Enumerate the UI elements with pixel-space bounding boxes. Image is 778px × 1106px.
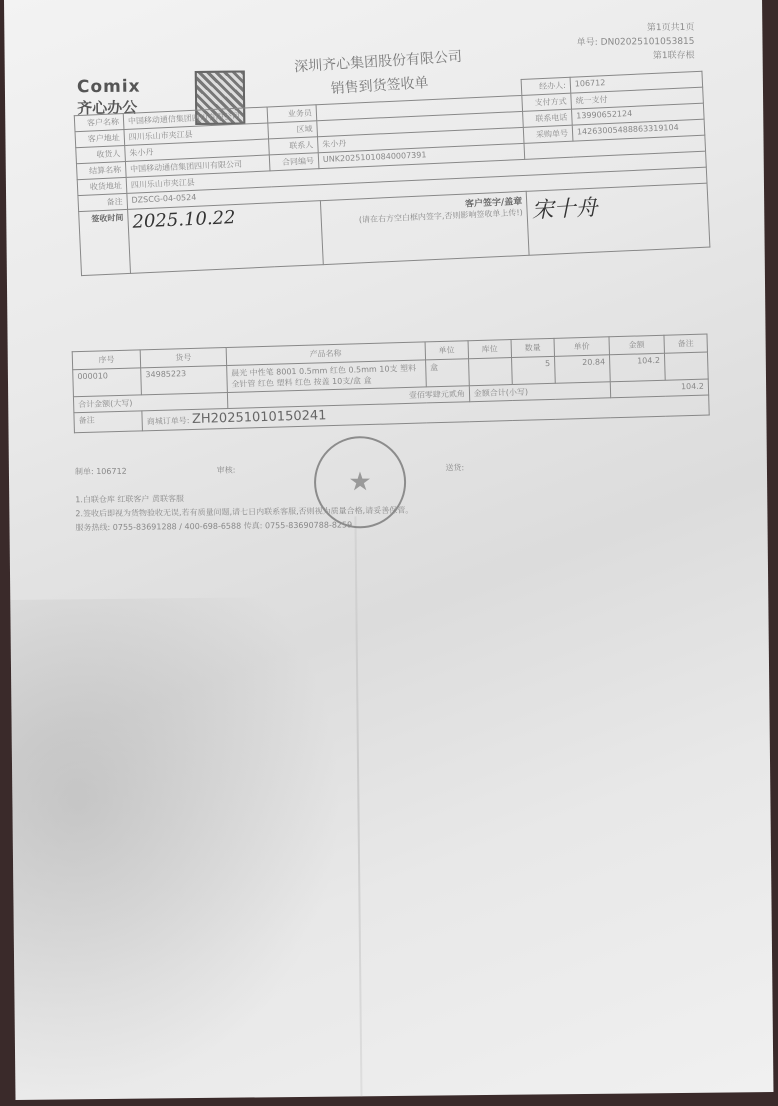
logo-en: Comix — [77, 77, 141, 98]
customer-info-table: 经办人: 106712 客户名称 中国移动通信集团四川有限公司 业务员 支付方式… — [73, 71, 710, 276]
item-price: 20.84 — [554, 355, 610, 384]
item-unit: 盒 — [425, 359, 469, 387]
maker-label: 制单: — [75, 467, 94, 476]
sign-time-label: 签收时间 — [79, 209, 131, 275]
doc-no-label: 单号: — [577, 38, 598, 48]
item-note — [664, 352, 708, 380]
receipt-paper: Comix 齐心办公 深圳齐心集团股份有限公司 销售到货签收单 第1页共1页 单… — [4, 0, 773, 1100]
items-col-header: 单位 — [425, 341, 469, 360]
item-qty: 5 — [511, 356, 555, 384]
receipt-footer: 制单: 106712 审核: 送货: 1.白联仓库 红联客户 黄联客服 2.签收… — [75, 459, 636, 535]
items-col-header: 库位 — [468, 340, 512, 359]
items-col-header: 金额 — [609, 335, 664, 355]
shipper-label: 送货: — [445, 461, 464, 475]
items-table: 序号货号产品名称单位库位数量单价金额备注 00001034985223晨光 中性… — [72, 334, 710, 434]
maker-value: 106712 — [96, 467, 127, 476]
doc-number: 单号: DN02025101053815 — [574, 35, 694, 50]
item-sku: 34985223 — [141, 365, 227, 394]
items-col-header: 货号 — [140, 348, 226, 368]
doc-no-value: DN02025101053815 — [601, 37, 695, 48]
copy-label: 第1联存根 — [575, 49, 695, 64]
reviewer-label: 审核: — [217, 464, 236, 478]
customer-signature: 宋十舟 — [526, 183, 710, 255]
paper-fold — [354, 516, 362, 1096]
items-col-header: 单价 — [554, 337, 609, 357]
page-label: 第1页共1页 — [574, 21, 694, 36]
sign-time-value: 2025.10.22 — [127, 201, 323, 274]
item-seq: 000010 — [73, 368, 142, 397]
page-info: 第1页共1页 单号: DN02025101053815 第1联存根 — [574, 21, 694, 64]
items-col-header: 序号 — [72, 350, 141, 370]
paper-shadow — [10, 597, 345, 1100]
items-col-header: 备注 — [664, 334, 708, 353]
item-loc — [468, 358, 512, 386]
item-amount: 104.2 — [609, 353, 665, 382]
mall-order-number: ZH20251010150241 — [192, 408, 327, 427]
items-col-header: 数量 — [511, 338, 555, 357]
mall-order-label: 商城订单号: — [147, 416, 190, 426]
items-remark-label: 备注 — [74, 411, 143, 433]
